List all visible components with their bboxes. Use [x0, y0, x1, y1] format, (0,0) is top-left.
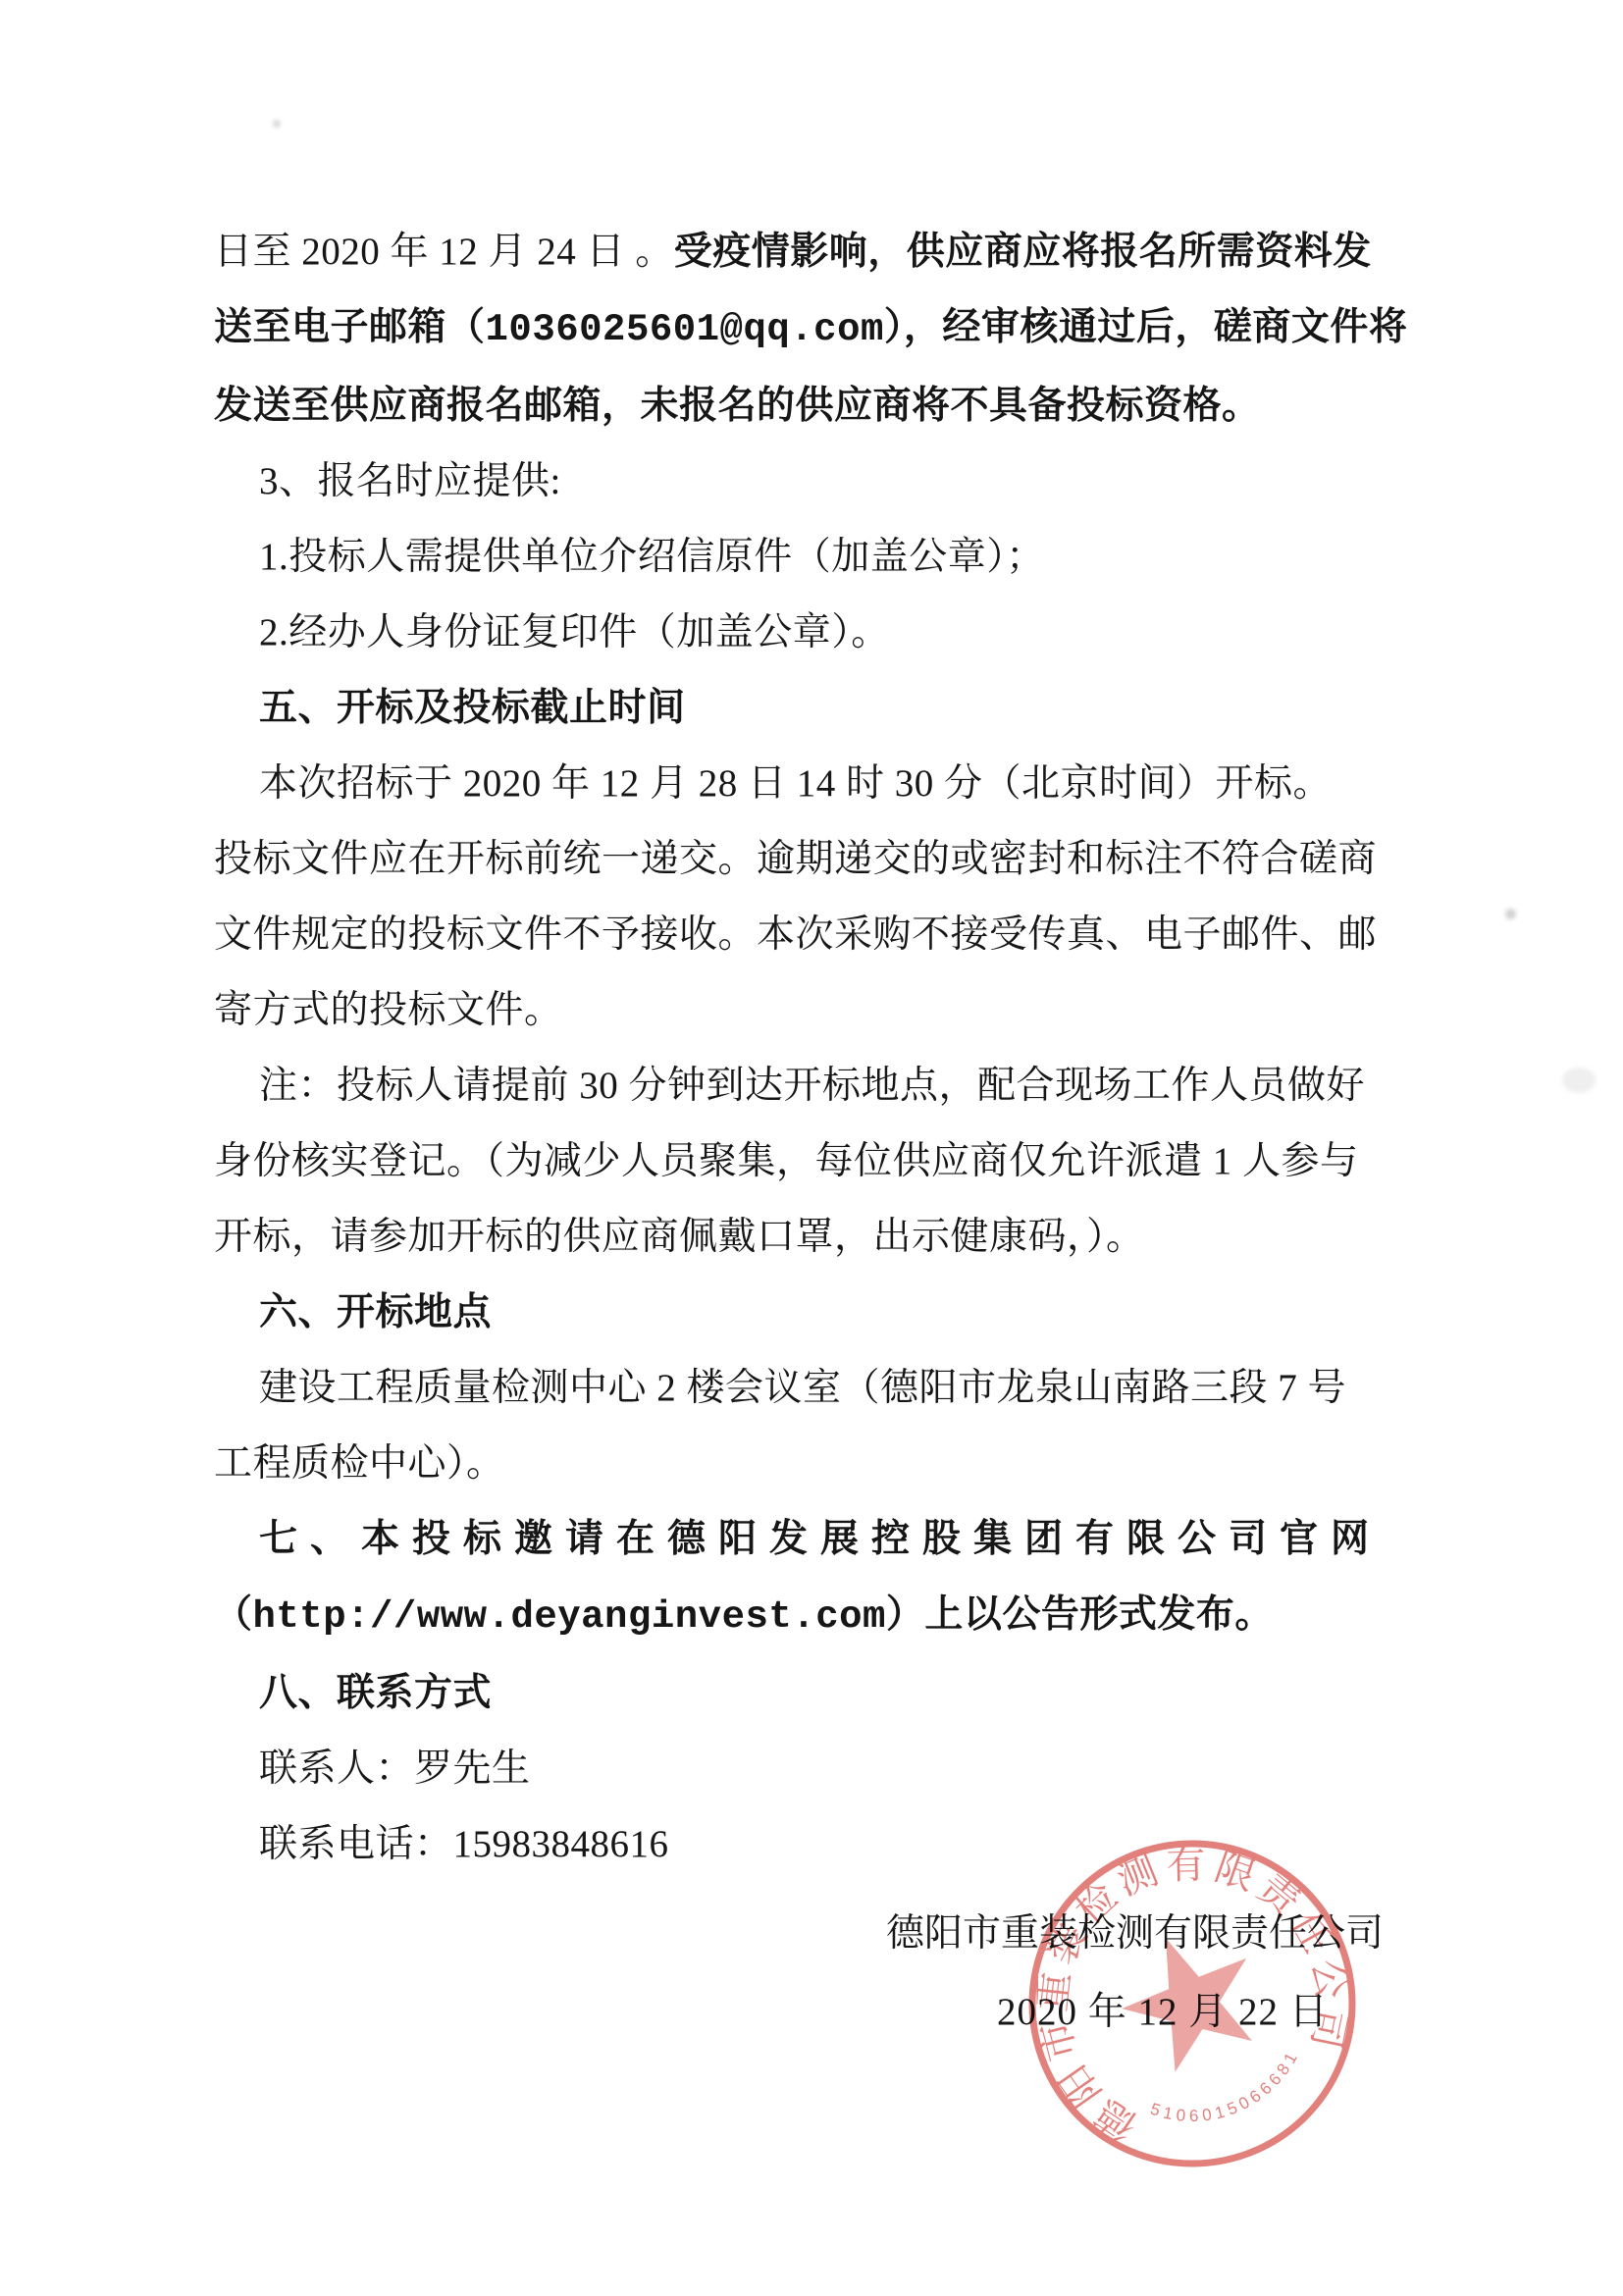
document-body: 日至 2020 年 12 月 24 日 。受疫情影响，供应商应将报名所需资料发 …: [214, 214, 1384, 1882]
announcement-url: （http://www.deyanginvest.com）: [214, 1595, 924, 1639]
scanned-document-page: 日至 2020 年 12 月 24 日 。受疫情影响，供应商应将报名所需资料发 …: [0, 0, 1623, 2296]
contact-phone-line: 联系电话：15983848616: [214, 1806, 1384, 1882]
body-line: 工程质检中心）。: [214, 1426, 1384, 1501]
contact-person-line: 联系人：罗先生: [214, 1731, 1384, 1806]
note-line: 开标，请参加开标的供应商佩戴口罩，出示健康码，）。: [214, 1199, 1384, 1275]
signature-date: 2020 年 12 月 22 日: [997, 1974, 1329, 2050]
date-range-text: 日至 2020 年 12 月 24 日 。: [214, 231, 674, 273]
email-line-pre: 送至电子邮箱（: [214, 306, 486, 348]
scan-artifact: [273, 120, 281, 128]
section-heading-six: 六、开标地点: [214, 1275, 1384, 1350]
section-heading-eight: 八、联系方式: [214, 1655, 1384, 1731]
list-item-3-2: 2.经办人身份证复印件（加盖公章）。: [214, 595, 1384, 670]
list-item-3-1: 1.投标人需提供单位介绍信原件（加盖公章）；: [214, 519, 1384, 595]
email-line-post: ），经审核通过后，磋商文件将: [884, 306, 1408, 348]
stamp-serial-number: 5106015066681: [1143, 2041, 1316, 2147]
list-item-3: 3、报名时应提供:: [214, 444, 1384, 519]
body-line: 发送至供应商报名邮箱，未报名的供应商将不具备投标资格。: [214, 368, 1384, 444]
body-line: （http://www.deyanginvest.com）上以公告形式发布。: [214, 1577, 1384, 1655]
note-line: 身份核实登记。（为减少人员聚集，每位供应商仅允许派遣 1 人参与: [214, 1123, 1384, 1199]
scan-artifact: [1562, 1068, 1596, 1093]
scan-artifact: [1505, 909, 1516, 919]
body-line: 日至 2020 年 12 月 24 日 。受疫情影响，供应商应将报名所需资料发: [214, 214, 1384, 289]
section-heading-seven: 七、本投标邀请在德阳发展控股集团有限公司官网: [214, 1501, 1384, 1577]
body-line: 建设工程质量检测中心 2 楼会议室（德阳市龙泉山南路三段 7 号: [214, 1350, 1384, 1426]
registration-email: 1036025601@qq.com: [486, 308, 884, 351]
epidemic-notice-text: 受疫情影响，供应商应将报名所需资料发: [674, 231, 1372, 273]
body-line: 寄方式的投标文件。: [214, 972, 1384, 1048]
section-heading-five: 五、开标及投标截止时间: [214, 670, 1384, 746]
body-line: 送至电子邮箱（1036025601@qq.com），经审核通过后，磋商文件将: [214, 289, 1384, 368]
signature-company-name: 德阳市重装检测有限责任公司: [886, 1896, 1384, 1971]
body-line: 文件规定的投标文件不予接收。本次采购不接受传真、电子邮件、邮: [214, 897, 1384, 972]
body-line: 本次招标于 2020 年 12 月 28 日 14 时 30 分（北京时间）开标…: [214, 746, 1384, 821]
announcement-suffix: 上以公告形式发布。: [924, 1593, 1274, 1636]
body-line: 投标文件应在开标前统一递交。逾期递交的或密封和标注不符合磋商: [214, 821, 1384, 897]
note-line: 注：投标人请提前 30 分钟到达开标地点，配合现场工作人员做好: [214, 1048, 1384, 1123]
